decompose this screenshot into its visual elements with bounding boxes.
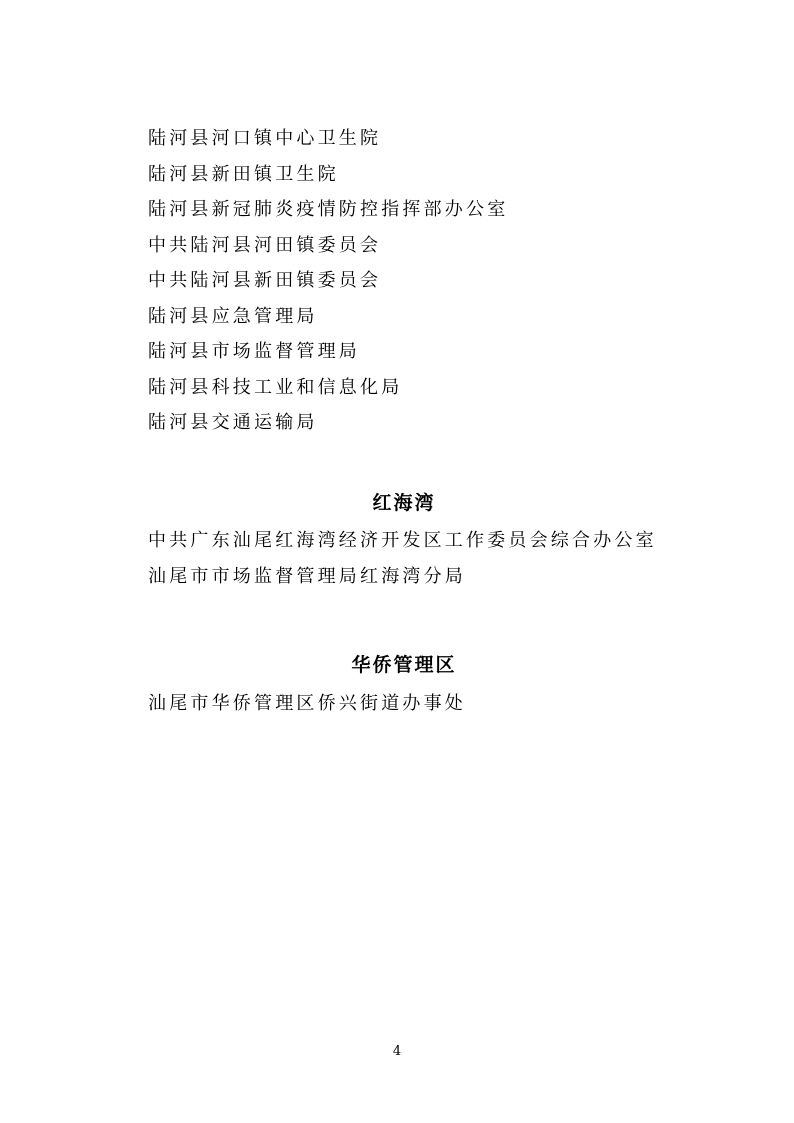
list-item: 中共广东汕尾红海湾经济开发区工作委员会综合办公室 <box>148 523 660 559</box>
document-page: 陆河县河口镇中心卫生院 陆河县新田镇卫生院 陆河县新冠肺炎疫情防控指挥部办公室 … <box>0 0 794 1123</box>
document-content: 陆河县河口镇中心卫生院 陆河县新田镇卫生院 陆河县新冠肺炎疫情防控指挥部办公室 … <box>148 121 660 721</box>
list-item: 汕尾市华侨管理区侨兴街道办事处 <box>148 686 660 722</box>
list-item: 中共陆河县新田镇委员会 <box>148 263 660 299</box>
section-heading-huaqiao: 华侨管理区 <box>148 648 660 684</box>
list-item: 汕尾市市场监督管理局红海湾分局 <box>148 559 660 595</box>
list-item: 陆河县新田镇卫生院 <box>148 157 660 193</box>
section-heading-honghaiwan: 红海湾 <box>148 486 660 522</box>
page-number: 4 <box>0 1043 794 1061</box>
list-item: 陆河县市场监督管理局 <box>148 334 660 370</box>
list-item: 陆河县科技工业和信息化局 <box>148 370 660 406</box>
list-item: 陆河县新冠肺炎疫情防控指挥部办公室 <box>148 192 660 228</box>
list-item: 中共陆河县河田镇委员会 <box>148 228 660 264</box>
list-item: 陆河县河口镇中心卫生院 <box>148 121 660 157</box>
list-item: 陆河县应急管理局 <box>148 299 660 335</box>
list-item: 陆河县交通运输局 <box>148 405 660 441</box>
